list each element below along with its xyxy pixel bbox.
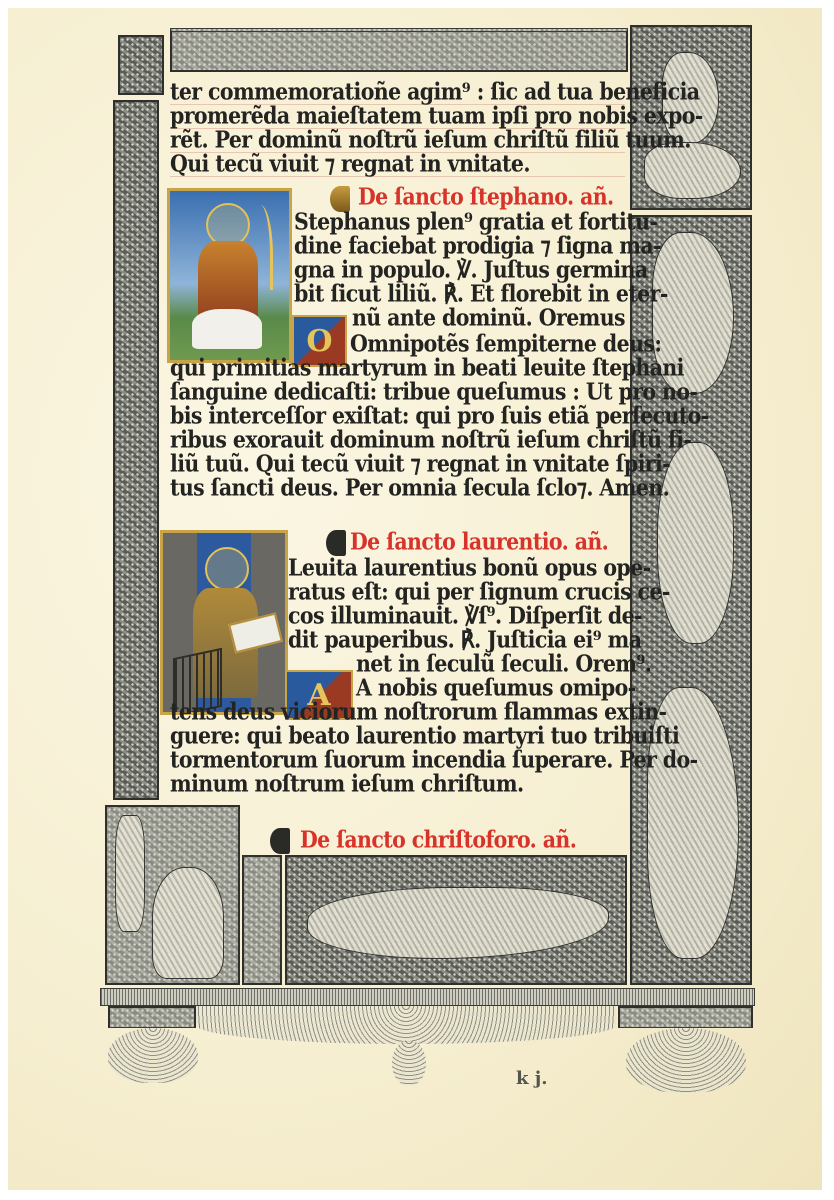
text-line: gna in populo. ℣. Juſtus germina — [294, 256, 648, 283]
text-line: liũ tuũ. Qui tecũ viuit ⁊ regnat in vnit… — [170, 450, 670, 477]
center-acanthus-garland — [196, 1006, 616, 1044]
text-line: promerẽda maieſtatem tuam ipſi pro nobis… — [170, 102, 703, 129]
rubric-heading-lawrence: De ſancto laurentio. añ. — [350, 528, 608, 555]
text-line: Qui tecũ viuit ⁊ regnat in vnitate. — [170, 150, 530, 177]
top-floral-frieze — [170, 28, 628, 72]
rubric-heading-christopher: De ſancto chriſtoforo. añ. — [300, 826, 576, 853]
text-line: minum noſtrum ieſum chriſtum. — [170, 770, 524, 797]
left-acanthus-pendant — [108, 1028, 198, 1083]
text-line: ſanguine dedicaſti: tribue queſumus : Ut… — [170, 378, 697, 405]
center-pendant — [392, 1040, 426, 1085]
folio-signature: k j. — [516, 1068, 548, 1089]
text-line: A nobis queſumus omipo- — [356, 674, 636, 701]
text-line: tens deus viciorum noſtrorum flammas ext… — [170, 698, 666, 725]
right-acanthus-pendant — [626, 1028, 746, 1093]
text-line: ribus exorauit dominum noſtrũ ieſum chri… — [170, 426, 691, 453]
ribbon-scroll — [307, 887, 609, 959]
text-line: Stephanus plen⁹ gratia et fortitu- — [294, 208, 657, 235]
text-line: tormentorum ſuorum incendia ſuperare. Pe… — [170, 746, 698, 773]
left-plinth — [108, 1006, 196, 1028]
left-foliage-column — [113, 100, 159, 800]
sibyl-figure — [152, 867, 224, 979]
bottom-ribbon-panel — [285, 855, 627, 985]
alb — [192, 309, 262, 349]
sibyl-banderole — [115, 815, 145, 932]
text-line: Omnipotẽs ſempiterne deus: — [350, 330, 661, 357]
text-line: ratus eſt: qui per ſignum crucis ce- — [288, 578, 670, 605]
sibyl-woodcut — [105, 805, 240, 985]
text-line: net in ſeculũ ſeculi. Orem⁹. — [356, 650, 651, 677]
paragraph-mark — [326, 530, 346, 556]
halo — [205, 547, 249, 591]
text-line: nũ ante dominũ. Oremus — [352, 304, 625, 331]
text-line: cos illuminauit. ℣ſ⁹. Diſperſit de- — [288, 602, 642, 629]
text-line: dine faciebat prodigia ⁊ ſigna ma- — [294, 232, 661, 259]
tabernacle-woodcut — [242, 855, 282, 985]
text-line: Leuita laurentius bonũ opus ope- — [288, 554, 651, 581]
text-line: rẽt. Per dominũ noſtrũ ieſum chriſtũ fil… — [170, 126, 691, 153]
text-line: bis interceſſor exiſtat: qui pro ſuis et… — [170, 402, 709, 429]
right-plinth — [618, 1006, 753, 1028]
top-left-corner-block — [118, 35, 164, 95]
text-line: tus ſancti deus. Per omnia ſecula ſclo⁊.… — [170, 474, 669, 501]
text-line: ter commemoratioñe agim⁹ : ſic ad tua be… — [170, 78, 699, 105]
text-line: dit pauperibus. ℟. Juſticia ei⁹ ma — [288, 626, 641, 653]
text-line: qui primitias martyrum in beati leuite ſ… — [170, 354, 684, 381]
rubric-heading-stephen: De ſancto ſtephano. añ. — [358, 183, 614, 210]
paragraph-mark — [270, 828, 290, 854]
text-line: bit ſicut liliũ. ℟. Et florebit in eter- — [294, 280, 668, 307]
miniature-st-lawrence — [160, 530, 288, 715]
text-line: guere: qui beato laurentio martyri tuo t… — [170, 722, 679, 749]
miniature-st-stephen — [167, 188, 292, 363]
base-entablature — [100, 988, 755, 1006]
